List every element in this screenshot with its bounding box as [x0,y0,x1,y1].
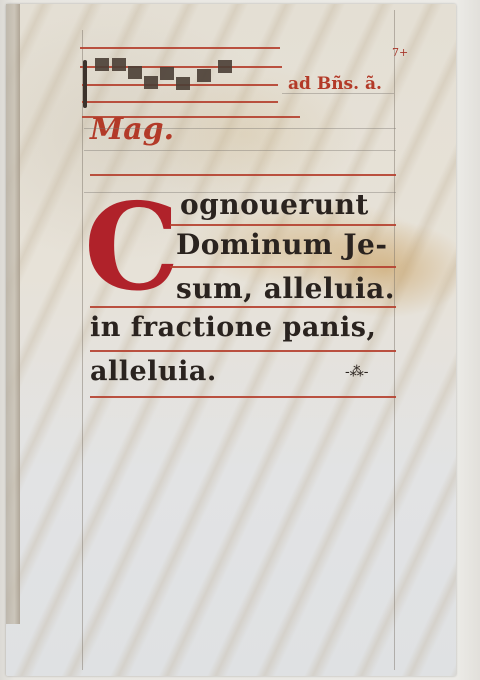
staff-line-1 [80,47,280,49]
guide-line [84,128,396,129]
text-rule-1 [90,174,396,176]
leaf-torn-edge [6,4,20,624]
folio-number: 7+ [392,46,408,59]
neume-8 [218,60,232,73]
decorated-initial: C [84,196,180,304]
end-ornament-icon: -⁂- [345,364,368,380]
left-margin-rule [82,30,83,670]
neume-1 [95,58,109,71]
text-rule-2 [170,224,396,226]
rubric-magnificat: Mag. [90,112,174,147]
neume-7 [197,69,211,82]
rubric-ad-benedictus: ad Bñs. ã. [288,74,382,94]
right-margin-rule [394,10,395,670]
text-line-1: ognouerunt [180,188,369,221]
neume-6 [176,77,190,90]
text-line-2: Dominum Je- [176,228,388,261]
text-rule-5 [90,350,396,352]
text-line-3: sum, alleluia. [176,272,395,305]
text-line-5: alleluia. [90,356,217,387]
text-line-4: in fractione panis, [90,312,376,343]
text-rule-3 [170,266,396,268]
staff-line-4 [82,101,278,103]
neume-3 [128,66,142,79]
staff-line-2 [80,66,282,68]
neume-2 [112,58,126,71]
text-rule-4 [90,306,396,308]
neume-4 [144,76,158,89]
c-clef-icon [83,60,87,108]
guide-line [84,150,396,151]
text-rule-6 [90,396,396,398]
neume-5 [160,67,174,80]
guide-line [282,93,394,94]
